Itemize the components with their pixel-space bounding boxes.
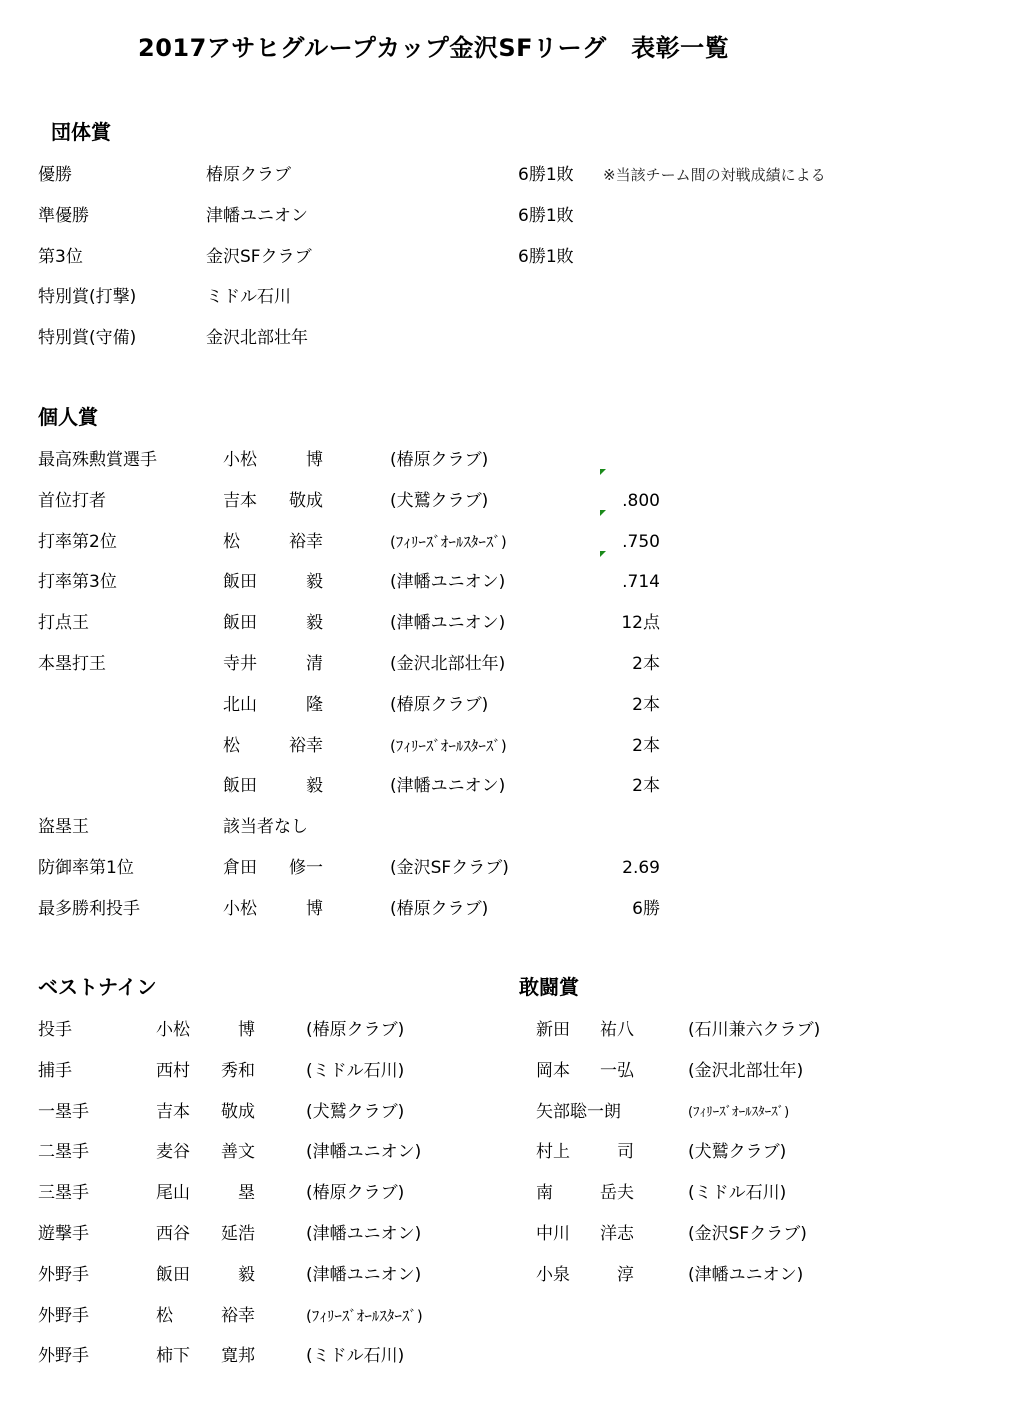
team-name: 椿原クラブ xyxy=(206,167,291,184)
team-name: (椿原クラブ) xyxy=(390,452,488,469)
team-name: (金沢SFクラブ) xyxy=(390,860,509,877)
position-label: 一塁手 xyxy=(38,1104,89,1121)
player-surname: 吉本 xyxy=(223,493,257,510)
team-name: ミドル石川 xyxy=(206,289,291,306)
award-label: 準優勝 xyxy=(38,208,89,225)
position-label: 外野手 xyxy=(38,1348,89,1365)
team-name: (ﾌｨﾘｰｽﾞｵｰﾙｽﾀｰｽﾞ) xyxy=(306,1309,423,1324)
player-given-name: 敬成 xyxy=(283,493,323,510)
stat-value: 2本 xyxy=(600,656,660,673)
fighting-spirit-heading: 敢闘賞 xyxy=(519,977,579,997)
player-given-name: 一弘 xyxy=(594,1063,634,1080)
team-name: (津幡ユニオン) xyxy=(390,574,505,591)
team-name: (犬鷲クラブ) xyxy=(390,493,488,510)
team-name: (ミドル石川) xyxy=(306,1063,404,1080)
player-given-name: 祐八 xyxy=(594,1022,634,1039)
cell-error-marker xyxy=(600,469,606,475)
award-label: 最多勝利投手 xyxy=(38,901,140,918)
player-given-name: 司 xyxy=(594,1144,634,1161)
team-name: (津幡ユニオン) xyxy=(306,1226,421,1243)
cell-error-marker xyxy=(600,551,606,557)
player-surname: 小泉 xyxy=(536,1267,570,1284)
player-surname: 吉本 xyxy=(156,1104,190,1121)
team-awards-heading: 団体賞 xyxy=(51,122,111,142)
position-label: 三塁手 xyxy=(38,1185,89,1202)
team-name: 金沢SFクラブ xyxy=(206,249,312,266)
stat-value: 2.69 xyxy=(600,860,660,877)
award-label: 防御率第1位 xyxy=(38,860,134,877)
stat-value: .750 xyxy=(600,534,660,551)
player-given-name: 塁 xyxy=(215,1185,255,1202)
player-surname: 寺井 xyxy=(223,656,257,673)
team-name: (金沢SFクラブ) xyxy=(688,1226,807,1243)
player-surname: 新田 xyxy=(536,1022,570,1039)
player-surname: 該当者なし xyxy=(223,819,308,836)
position-label: 遊撃手 xyxy=(38,1226,89,1243)
stat-value: 2本 xyxy=(600,738,660,755)
player-surname: 小松 xyxy=(156,1022,190,1039)
award-label: 本塁打王 xyxy=(38,656,106,673)
team-name: (金沢北部壮年) xyxy=(390,656,505,673)
player-given-name: 寛邦 xyxy=(215,1348,255,1365)
player-surname: 飯田 xyxy=(156,1267,190,1284)
player-surname: 麦谷 xyxy=(156,1144,190,1161)
win-loss-record: 6勝1敗 xyxy=(518,249,574,266)
team-name: (犬鷲クラブ) xyxy=(688,1144,786,1161)
stat-value: 6勝 xyxy=(600,901,660,918)
team-name: (石川兼六クラブ) xyxy=(688,1022,820,1039)
player-given-name: 毅 xyxy=(283,574,323,591)
player-surname: 岡本 xyxy=(536,1063,570,1080)
player-given-name: 修一 xyxy=(283,860,323,877)
team-name: (ミドル石川) xyxy=(306,1348,404,1365)
team-name: (津幡ユニオン) xyxy=(390,778,505,795)
player-surname: 小松 xyxy=(223,901,257,918)
player-given-name: 博 xyxy=(283,452,323,469)
team-name: (椿原クラブ) xyxy=(390,901,488,918)
award-label: 打率第3位 xyxy=(38,574,117,591)
position-label: 外野手 xyxy=(38,1308,89,1325)
award-label: 打点王 xyxy=(38,615,89,632)
player-surname: 小松 xyxy=(223,452,257,469)
position-label: 外野手 xyxy=(38,1267,89,1284)
player-given-name: 毅 xyxy=(215,1267,255,1284)
team-name: 金沢北部壮年 xyxy=(206,330,308,347)
player-surname: 中川 xyxy=(536,1226,570,1243)
player-surname: 北山 xyxy=(223,697,257,714)
page-title: 2017アサヒグループカップ金沢SFリーグ 表彰一覧 xyxy=(138,36,729,60)
award-label: 特別賞(打撃) xyxy=(38,289,136,306)
player-given-name: 洋志 xyxy=(594,1226,634,1243)
stat-value: .800 xyxy=(600,493,660,510)
player-given-name: 博 xyxy=(215,1022,255,1039)
team-name: (ﾌｨﾘｰｽﾞｵｰﾙｽﾀｰｽﾞ) xyxy=(390,739,507,754)
team-name: (椿原クラブ) xyxy=(306,1022,404,1039)
player-given-name: 岳夫 xyxy=(594,1185,634,1202)
win-loss-record: 6勝1敗 xyxy=(518,167,574,184)
award-label: 盗塁王 xyxy=(38,819,89,836)
position-label: 二塁手 xyxy=(38,1144,89,1161)
player-given-name: 秀和 xyxy=(215,1063,255,1080)
award-label: 最高殊勲賞選手 xyxy=(38,452,157,469)
player-surname: 尾山 xyxy=(156,1185,190,1202)
player-given-name: 隆 xyxy=(283,697,323,714)
player-given-name: 淳 xyxy=(594,1267,634,1284)
player-given-name: 博 xyxy=(283,901,323,918)
individual-awards-heading: 個人賞 xyxy=(38,407,98,427)
stat-value: 2本 xyxy=(600,697,660,714)
position-label: 投手 xyxy=(38,1022,72,1039)
player-given-name: 敬成 xyxy=(215,1104,255,1121)
player-surname: 矢部聡一朗 xyxy=(536,1104,621,1121)
stat-value: 2本 xyxy=(600,778,660,795)
team-name: (津幡ユニオン) xyxy=(306,1144,421,1161)
player-surname: 飯田 xyxy=(223,574,257,591)
note: ※当該チーム間の対戦成績による xyxy=(603,168,826,183)
team-name: (津幡ユニオン) xyxy=(390,615,505,632)
award-label: 特別賞(守備) xyxy=(38,330,136,347)
best-nine-heading: ベストナイン xyxy=(38,977,157,997)
award-label: 打率第2位 xyxy=(38,534,117,551)
player-given-name: 裕幸 xyxy=(283,534,323,551)
player-given-name: 裕幸 xyxy=(215,1308,255,1325)
team-name: (椿原クラブ) xyxy=(390,697,488,714)
team-name: (ﾌｨﾘｰｽﾞｵｰﾙｽﾀｰｽﾞ) xyxy=(688,1106,789,1119)
team-name: (津幡ユニオン) xyxy=(306,1267,421,1284)
player-surname: 倉田 xyxy=(223,860,257,877)
stat-value: .714 xyxy=(600,574,660,591)
player-given-name: 清 xyxy=(283,656,323,673)
player-surname: 村上 xyxy=(536,1144,570,1161)
player-surname: 松 xyxy=(223,738,240,755)
team-name: (犬鷲クラブ) xyxy=(306,1104,404,1121)
player-given-name: 延浩 xyxy=(215,1226,255,1243)
team-name: (ﾌｨﾘｰｽﾞｵｰﾙｽﾀｰｽﾞ) xyxy=(390,535,507,550)
team-name: (ミドル石川) xyxy=(688,1185,786,1202)
player-surname: 松 xyxy=(223,534,240,551)
award-label: 第3位 xyxy=(38,249,83,266)
cell-error-marker xyxy=(600,510,606,516)
player-given-name: 裕幸 xyxy=(283,738,323,755)
player-surname: 柿下 xyxy=(156,1348,190,1365)
win-loss-record: 6勝1敗 xyxy=(518,208,574,225)
player-surname: 西村 xyxy=(156,1063,190,1080)
team-name: (津幡ユニオン) xyxy=(688,1267,803,1284)
player-given-name: 善文 xyxy=(215,1144,255,1161)
team-name: (椿原クラブ) xyxy=(306,1185,404,1202)
player-surname: 飯田 xyxy=(223,778,257,795)
player-surname: 西谷 xyxy=(156,1226,190,1243)
player-surname: 飯田 xyxy=(223,615,257,632)
team-name: (金沢北部壮年) xyxy=(688,1063,803,1080)
stat-value: 12点 xyxy=(600,615,660,632)
player-given-name: 毅 xyxy=(283,778,323,795)
position-label: 捕手 xyxy=(38,1063,72,1080)
player-given-name: 毅 xyxy=(283,615,323,632)
player-surname: 松 xyxy=(156,1308,173,1325)
player-surname: 南 xyxy=(536,1185,553,1202)
award-label: 優勝 xyxy=(38,167,72,184)
team-name: 津幡ユニオン xyxy=(206,208,308,225)
award-label: 首位打者 xyxy=(38,493,106,510)
